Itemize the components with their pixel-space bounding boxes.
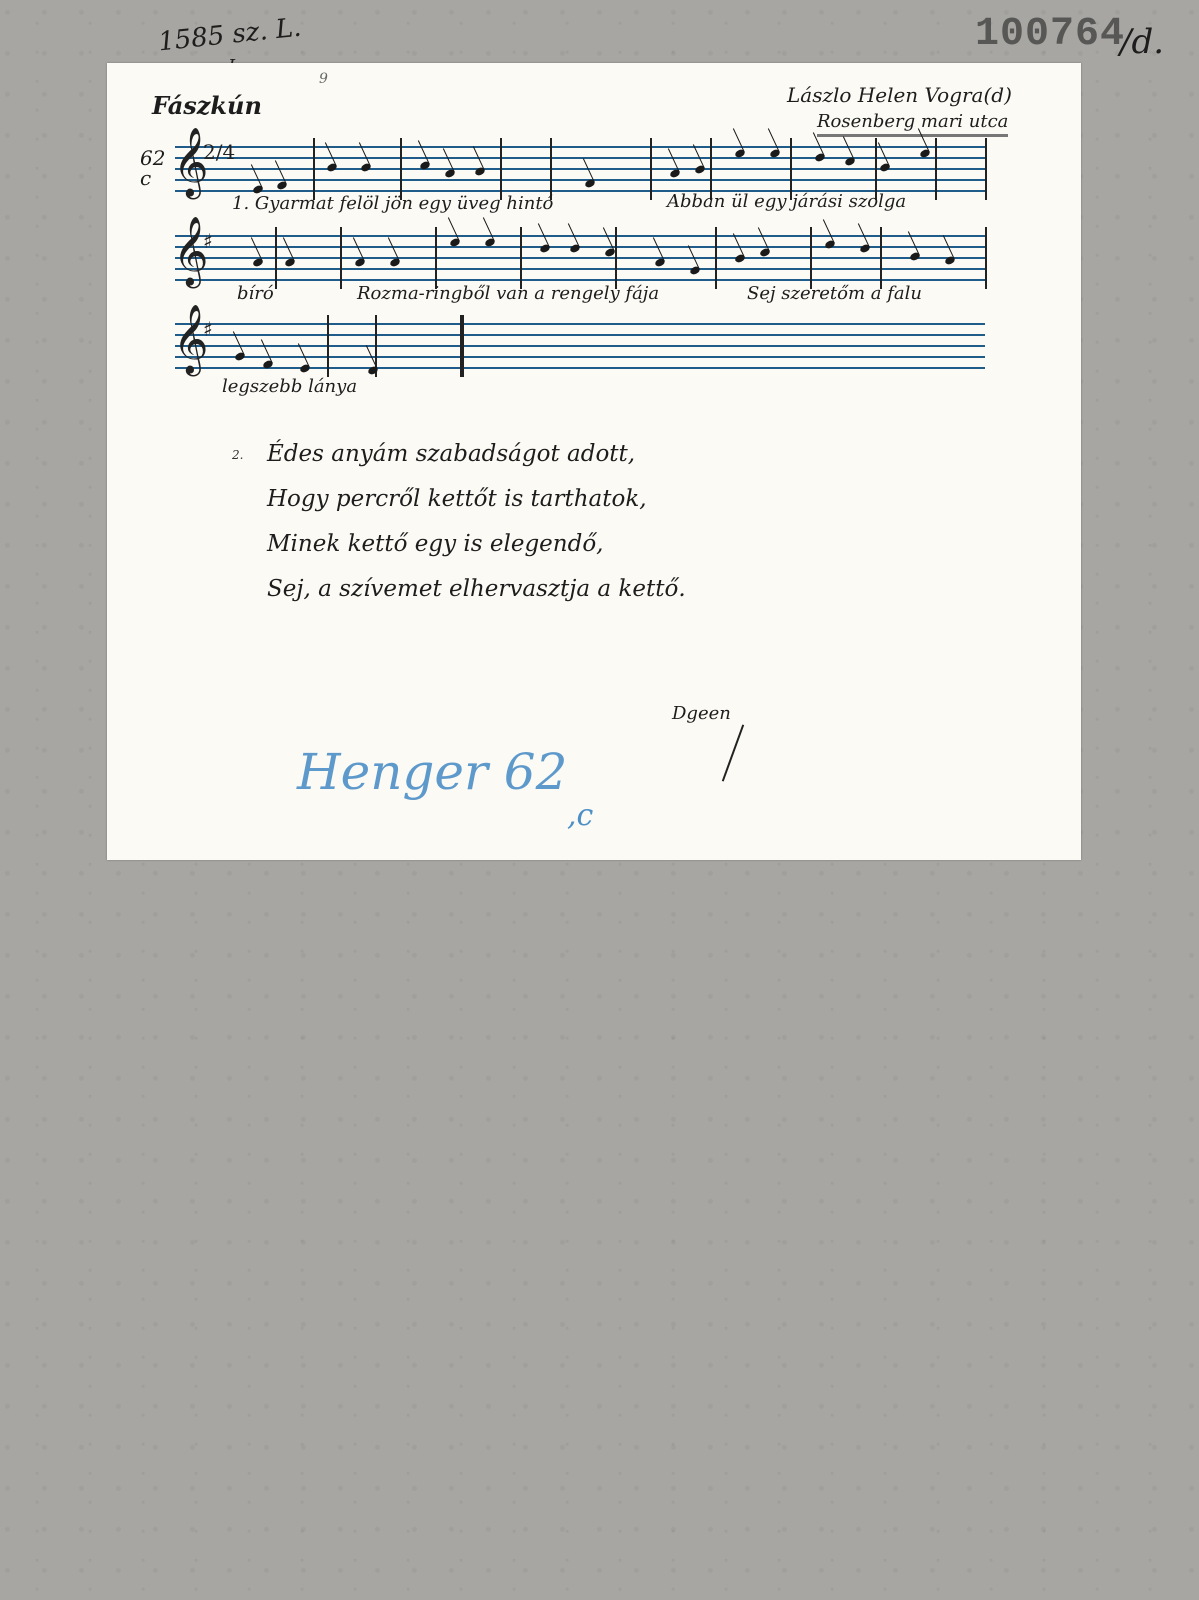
lyrics-line-1: 1. Gyarmat felöl jön egy üveg hintó (232, 193, 553, 214)
verse-line: Hogy percről kettőt is tarthatok, (267, 486, 647, 512)
music-staff-3: 𝄞 ♯ (175, 323, 985, 369)
cylinder-label: 62 c (140, 148, 165, 188)
inventory-number-stamp: 100764 (975, 12, 1125, 57)
verse-line: Édes anyám szabadságot adott, (267, 441, 635, 467)
lyrics-line-1b: Abban ül egy járási szolga (667, 191, 906, 212)
music-staff-1: 𝄞 2/4 (175, 146, 985, 192)
verse-number: 2. (232, 448, 243, 462)
cylinder-note-suffix: ,c (567, 798, 593, 833)
manuscript-sheet: Fászkún 9 Lászlo Helen Vogra(d) Rosenber… (107, 63, 1081, 860)
lyrics-line-2b: Rozma-ringből van a rengely fája (357, 283, 659, 304)
lyrics-line-2c: Sej szeretőm a falu (747, 283, 922, 304)
signature-stroke (722, 724, 744, 781)
lyrics-line-3: legszebb lánya (222, 376, 357, 397)
singer-name: Lászlo Helen Vogra(d) (787, 83, 1012, 107)
verse-line: Minek kettő egy is elegendő, (267, 531, 604, 557)
music-staff-2: 𝄞 ♯ (175, 235, 985, 281)
collector-signature: Dgeen (672, 703, 731, 724)
lyrics-line-2a: bíró (237, 283, 274, 304)
singer-location: Rosenberg mari utca (817, 111, 1008, 137)
inventory-suffix: /d. (1120, 22, 1164, 62)
key-signature: ♯ (203, 229, 213, 253)
key-signature: ♯ (203, 317, 213, 341)
song-title: Fászkún (152, 91, 262, 120)
cylinder-note: Henger 62 (297, 743, 567, 801)
verse-line: Sej, a szívemet elhervasztja a kettő. (267, 576, 686, 602)
catalog-note: 1585 sz. L. (157, 13, 303, 58)
key-signature: 2/4 (203, 140, 235, 164)
pencil-mark: 9 (319, 71, 328, 87)
